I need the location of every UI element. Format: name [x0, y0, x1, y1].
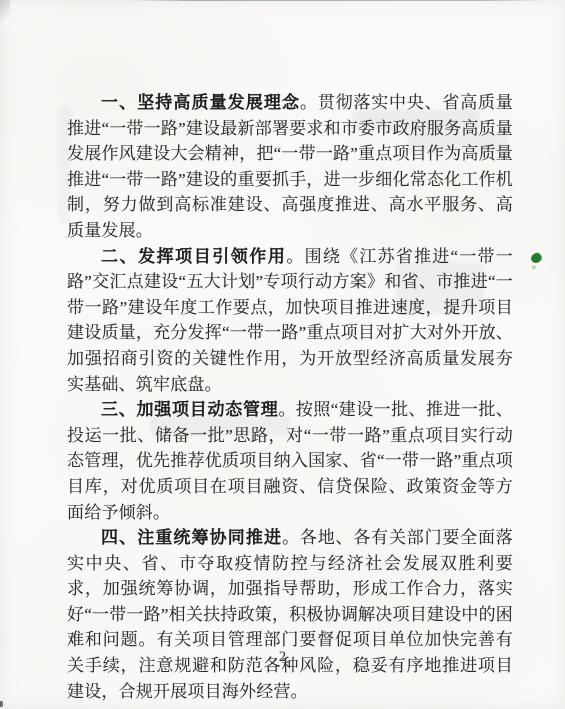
scan-corner-smudge — [0, 0, 10, 26]
scan-speck-artifact — [0, 701, 3, 707]
paragraph: 二、发挥项目引领作用。围绕《江苏省推进“一带一路”交汇点建设“五大计划”专项行动… — [67, 244, 513, 398]
paragraph-heading: 一、坚持高质量发展理念 — [101, 93, 300, 112]
paragraph: 四、注重统筹协同推进。各地、各有关部门要全面落实中央、省、市夺取疫情防控与经济社… — [67, 525, 513, 704]
paragraph-body: 。各地、各有关部门要全面落实中央、省、市夺取疫情防控与经济社会发展双胜利要求，加… — [67, 528, 513, 701]
paragraph-body: 。贯彻落实中央、省高质量推进“一带一路”建设最新部署要求和市委市政府服务高质量发… — [67, 93, 513, 240]
paragraph-body: 。围绕《江苏省推进“一带一路”交汇点建设“五大计划”专项行动方案》和省、市推进“… — [67, 247, 513, 394]
green-ink-speck — [530, 252, 544, 265]
paragraph-heading: 二、发挥项目引领作用 — [101, 247, 286, 266]
document-body: 一、坚持高质量发展理念。贯彻落实中央、省高质量推进“一带一路”建设最新部署要求和… — [67, 90, 513, 704]
scan-edge-artifact — [128, 0, 548, 1]
document-page: 一、坚持高质量发展理念。贯彻落实中央、省高质量推进“一带一路”建设最新部署要求和… — [0, 0, 565, 709]
paragraph-heading: 四、注重统筹协同推进 — [101, 528, 282, 547]
paragraph-heading: 三、加强项目动态管理 — [101, 400, 278, 419]
paragraph: 一、坚持高质量发展理念。贯彻落实中央、省高质量推进“一带一路”建设最新部署要求和… — [67, 90, 513, 244]
paragraph: 三、加强项目动态管理。按照“建设一批、推进一批、投运一批、储备一批”思路，对“一… — [67, 397, 513, 525]
page-number: 2 — [0, 648, 565, 666]
